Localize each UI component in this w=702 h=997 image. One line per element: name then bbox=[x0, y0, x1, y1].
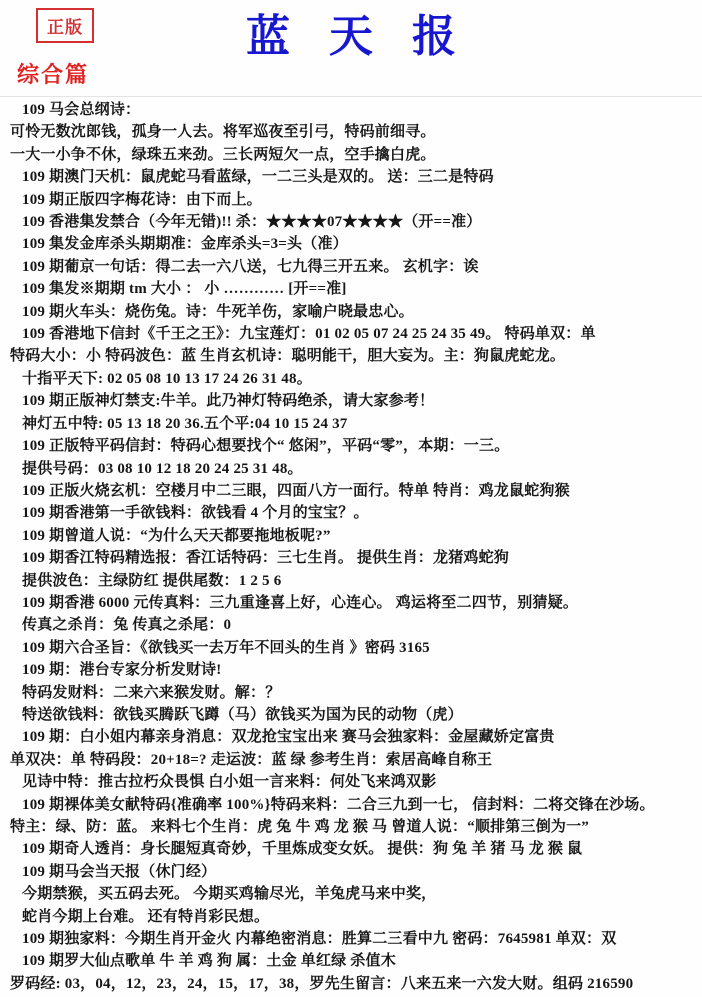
content-line: 单双决：单 特码段：20+18=? 走运波：蓝 绿 参考生肖：索居高峰自称王 bbox=[10, 749, 700, 771]
content-line: 109 期六合圣旨：《欲钱买一去万年不回头的生肖 》密码 3165 bbox=[22, 637, 700, 659]
content-line: 提供号码：03 08 10 12 18 20 24 25 31 48。 bbox=[22, 458, 700, 480]
content-line: 109 期独家料：今期生肖开金火 内幕绝密消息：胜算二三看中九 密码：76459… bbox=[22, 928, 700, 950]
content-line: 特码大小：小 特码波色：蓝 生肖玄机诗：聪明能干，胆大妄为。主：狗鼠虎蛇龙。 bbox=[10, 345, 700, 367]
content-line: 一大一小争不休，绿珠五来劲。三长两短欠一点，空手擒白虎。 bbox=[10, 144, 700, 166]
newspaper-page: 正版 蓝 天 报 综合篇 109 马会总纲诗： 可怜无数沈郎钱，孤身一人去。将军… bbox=[0, 0, 702, 997]
content-line: 109 期正版神灯禁支:牛羊。此乃神灯特码绝杀，请大家参考！ bbox=[22, 390, 700, 412]
content-line: 109 期：白小姐内幕亲身消息：双龙抢宝宝出来 赛马会独家料：金屋藏娇定富贵 bbox=[22, 726, 700, 748]
content-line: 今期禁猴，买五码去死。 今期买鸡输尽光，羊兔虎马来中奖， bbox=[22, 883, 700, 905]
content-line: 109 集发金库杀头期期准：金库杀头=3=头（准） bbox=[22, 233, 700, 255]
content-line: 109 期奇人透肖：身长腿短真奇妙，千里炼成变女妖。 提供：狗 兔 羊 猪 马 … bbox=[22, 838, 700, 860]
content-line: 神灯五中特: 05 13 18 20 36.五个平:04 10 15 24 37 bbox=[22, 413, 700, 435]
section-title: 综合篇 bbox=[17, 58, 89, 89]
content-line: 109 期马会当天报（休门经） bbox=[22, 861, 700, 883]
content-line: 109 期：港台专家分析发财诗! bbox=[22, 659, 700, 681]
content-line: 见诗中特：推古拉朽众畏惧 白小姐一言来料：何处飞来鸿双影 bbox=[22, 771, 700, 793]
content-line: 109 集发※期期 tm 大小 ： 小 ………… [开==准] bbox=[22, 278, 700, 300]
content-line: 109 期火车头：烧伤兔。诗：牛死羊伤，家喻户晓最忠心。 bbox=[22, 301, 700, 323]
content-line: 109 期香江特码精选报：香江话特码：三七生肖。 提供生肖：龙猪鸡蛇狗 bbox=[22, 547, 700, 569]
content-line: 109 香港地下信封《千王之王》：九宝莲灯：01 02 05 07 24 25 … bbox=[22, 323, 700, 345]
content-line: 109 期葡京一句话：得二去一六八送，七九得三开五来。 玄机字：诶 bbox=[22, 256, 700, 278]
header-divider bbox=[0, 96, 702, 97]
content-line: 提供波色：主绿防红 提供尾数：1 2 5 6 bbox=[22, 570, 700, 592]
content-line: 蛇肖今期上台难。 还有特肖彩民想。 bbox=[22, 906, 700, 928]
content-line: 109 香港集发禁合（今年无错)!! 杀：★★★★07★★★★（开==准） bbox=[22, 211, 700, 233]
content-line: 109 期澳门天机：鼠虎蛇马看蓝绿，一二三头是双的。 送：三二是特码 bbox=[22, 166, 700, 188]
content-line: 特码发财料：二来六来猴发财。解：？ bbox=[22, 682, 700, 704]
content-line: 109 马会总纲诗： bbox=[22, 99, 700, 121]
content-body: 109 马会总纲诗： 可怜无数沈郎钱，孤身一人去。将军巡夜至引弓，特码前细寻。 … bbox=[22, 99, 700, 995]
content-line: 109 期罗大仙点歌单 牛 羊 鸡 狗 属：土金 单红绿 杀值木 bbox=[22, 950, 700, 972]
content-line: 十指平天下: 02 05 08 10 13 17 24 26 31 48。 bbox=[22, 368, 700, 390]
content-line: 109 期裸体美女献特码{准确率 100%}特码来料：二合三九到一七， 信封料：… bbox=[22, 794, 700, 816]
content-line: 特主：绿、防：蓝。 来料七个生肖：虎 兔 牛 鸡 龙 猴 马 曾道人说：“顺排第… bbox=[10, 816, 700, 838]
content-line: 可怜无数沈郎钱，孤身一人去。将军巡夜至引弓，特码前细寻。 bbox=[10, 121, 700, 143]
content-line: 传真之杀肖：兔 传真之杀尾：0 bbox=[22, 614, 700, 636]
content-line: 109 正版特平码信封：特码心想要找个“ 悠闲”，平码“零”，本期：一三。 bbox=[22, 435, 700, 457]
content-line: 109 期香港 6000 元传真料：三九重逢喜上好，心连心。 鸡运将至二四节，别… bbox=[22, 592, 700, 614]
content-line: 109 正版火烧玄机：空楼月中二三眼，四面八方一面行。特单 特肖：鸡龙鼠蛇狗猴 bbox=[22, 480, 700, 502]
page-title: 蓝 天 报 bbox=[0, 0, 702, 64]
content-line: 特送欲钱料：欲钱买腾跃飞蹲（马）欲钱买为国为民的动物（虎） bbox=[22, 704, 700, 726]
content-line: 罗码经: 03，04，12，23，24，15，17，38，罗先生留言：八来五来一… bbox=[10, 973, 700, 995]
content-line: 109 期曾道人说：“为什么天天都要拖地板呢?” bbox=[22, 525, 700, 547]
content-line: 109 期正版四字梅花诗：由下而上。 bbox=[22, 189, 700, 211]
content-line: 109 期香港第一手欲钱料：欲钱看 4 个月的宝宝？。 bbox=[22, 502, 700, 524]
